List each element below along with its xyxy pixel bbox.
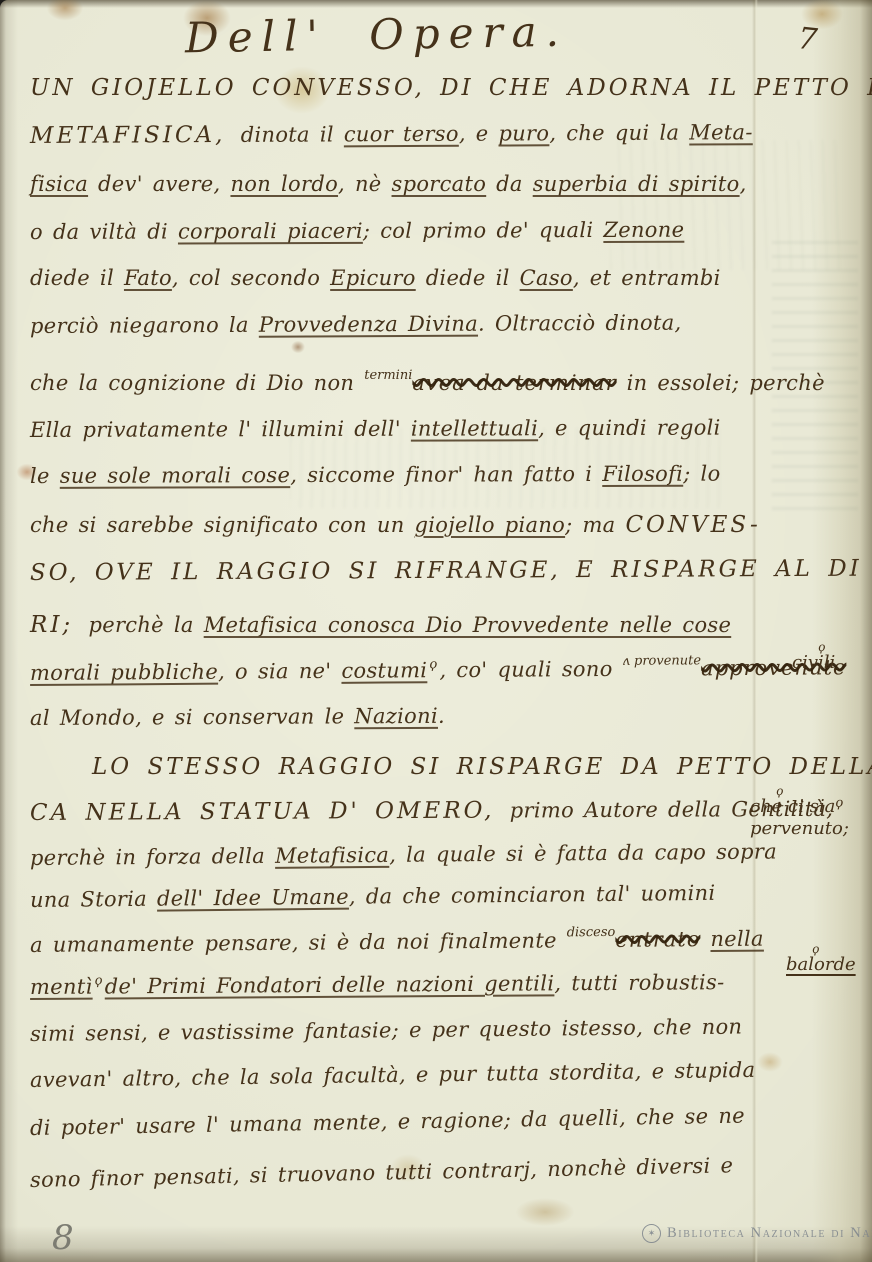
text-segment: simi sensi, e vastissime fantasie; e per… [30, 1015, 743, 1046]
text-segment: avevan' altro, che la sola facultà, e pu… [30, 1058, 756, 1092]
manuscript-line: RI; perchè la Metafisica conosca Dio Pro… [30, 612, 778, 638]
text-segment: puro [498, 121, 549, 145]
manuscript-line: di poter' usare l' umana mente, e ragion… [30, 1103, 778, 1140]
text-segment: a umanamente pensare, si è da noi finalm… [30, 928, 567, 957]
text-segment: costumi [341, 658, 427, 683]
manuscript-page: Dell' Opera. UN GIOJELLO CONVESSO, DI CH… [0, 0, 872, 1262]
manuscript-line: le sue sole morali cose, siccome finor' … [30, 461, 778, 488]
text-segment: CA NELLA STATUA D' OMERO, [30, 797, 510, 826]
text-segment: UN GIOJELLO CONVESSO, DI CHE ADORNA IL P… [30, 75, 872, 101]
text-segment: , co' quali sono [439, 657, 622, 682]
text-segment: cuor terso [344, 122, 459, 147]
margin-note-pervenuto: ϙ che ci sia pervenuto; [750, 786, 849, 840]
library-watermark: ✶ Biblioteca Nazionale di Napoli [642, 1224, 872, 1243]
text-segment: . Oltracciò dinota, [478, 311, 682, 336]
pencil-page-number: 8 [52, 1218, 74, 1258]
text-segment: , siccome finor' han fatto i [290, 462, 602, 487]
text-segment: perchè la [88, 613, 203, 637]
text-segment: Provvedenza Divina [259, 312, 478, 337]
text-segment: sporcato [392, 172, 487, 196]
text-segment: una Storia [30, 887, 157, 912]
text-segment: ; ma [565, 513, 625, 537]
insertion-mark-icon: ϙ [776, 786, 849, 796]
margin-note-text: che ci sia [750, 796, 835, 817]
ink-bleed-through [772, 230, 858, 510]
insertion-mark-icon: ϙ [818, 642, 835, 652]
text-segment: Ella privatamente l' illumini dell' [30, 417, 411, 442]
text-segment: . [438, 704, 445, 728]
manuscript-line: al Mondo, e si conservan le Nazioni. [30, 702, 778, 730]
insertion-mark-icon: ϙ [812, 944, 856, 954]
manuscript-line: diede il Fato, col secondo Epicuro diede… [30, 266, 778, 290]
text-segment: , da che cominciaron tal' uomini [349, 881, 716, 909]
ink-bleed-through [610, 140, 840, 270]
text-segment: giojello piano [415, 513, 566, 537]
text-segment: che la cognizione di Dio non [30, 371, 364, 395]
text-segment: Fato [124, 266, 172, 290]
text-segment: diede il [30, 266, 124, 290]
text-segment: che si sarebbe significato con un [30, 513, 415, 537]
text-segment: termini [364, 368, 412, 383]
text-segment: o da viltà di [30, 219, 178, 244]
text-segment: LO STESSO RAGGIO SI RISPARGE DA PETTO DE… [92, 754, 872, 780]
text-segment: avea da terminar [412, 371, 616, 395]
insertion-mark-icon: ϙ [94, 973, 102, 988]
text-segment: perciò niegarono la [30, 313, 259, 338]
library-watermark-text: Biblioteca Nazionale di Napoli [667, 1225, 872, 1242]
text-segment: , o sia ne' [218, 659, 342, 684]
manuscript-line: LO STESSO RAGGIO SI RISPARGE DA PETTO DE… [30, 754, 840, 780]
manuscript-line: che si sarebbe significato con un giojel… [30, 512, 778, 538]
text-segment: disceso [567, 925, 616, 940]
manuscript-line: SO, OVE IL RAGGIO SI RIFRANGE, E RISPARG… [30, 556, 778, 586]
text-segment: sono finor pensati, si truovano tutti co… [30, 1153, 734, 1192]
margin-note-balorde: ϙ balorde [786, 944, 856, 976]
manuscript-line: fisica dev' avere, non lordo, nè sporcat… [30, 172, 778, 196]
text-segment: da [486, 172, 533, 196]
text-segment: mentì [30, 975, 93, 999]
text-segment: intellettuali [411, 416, 538, 440]
text-segment: SO, OVE IL RAGGIO SI RIFRANGE, E RISPARG… [30, 555, 872, 586]
text-segment: , et entrambi [573, 266, 721, 290]
manuscript-line: o da viltà di corporali piaceri; col pri… [30, 217, 778, 244]
text-segment: in essolei; perchè [617, 371, 825, 395]
insertion-mark-icon: ϙ [429, 657, 437, 672]
manuscript-line: una Storia dell' Idee Umane, da che comi… [30, 880, 778, 912]
text-segment: , e quindi regoli [538, 416, 721, 441]
text-segment: METAFISICA, [30, 122, 241, 149]
text-segment: dev' avere, [88, 172, 230, 196]
text-segment: fisica [30, 172, 88, 196]
manuscript-line: mentìϙde' Primi Fondatori delle nazioni … [30, 969, 778, 999]
margin-note-civili: ϙ civili [792, 642, 835, 674]
text-segment: superbia di spirito [533, 172, 740, 196]
text-segment: morali pubbliche [30, 660, 218, 685]
text-segment: entrato [615, 927, 700, 952]
text-segment: perchè in forza della [30, 844, 275, 870]
text-segment: Filosofi [602, 462, 683, 486]
manuscript-line: CA NELLA STATUA D' OMERO, primo Autore d… [30, 796, 778, 826]
margin-note-text: pervenuto; [750, 818, 849, 839]
margin-note-text: balorde [786, 954, 856, 975]
text-segment: , che qui la [549, 121, 689, 146]
manuscript-line: UN GIOJELLO CONVESSO, DI CHE ADORNA IL P… [30, 75, 778, 101]
manuscript-line: simi sensi, e vastissime fantasie; e per… [30, 1014, 778, 1046]
text-segment: le [30, 464, 60, 488]
text-segment: Metafisica [275, 843, 389, 868]
text-segment: , tutti robustis- [554, 970, 724, 995]
text-segment: Caso [520, 266, 573, 290]
library-seal-icon: ✶ [642, 1224, 661, 1243]
text-segment: RI; [30, 612, 88, 638]
manuscript-line: sono finor pensati, si truovano tutti co… [30, 1152, 778, 1192]
text-segment: , nè [338, 172, 391, 196]
page-title: Dell' Opera. [185, 7, 569, 63]
manuscript-line: METAFISICA, dinota il cuor terso, e puro… [30, 119, 778, 149]
manuscript-line: avevan' altro, che la sola facultà, e pu… [30, 1058, 778, 1092]
text-segment: de' Primi Fondatori delle nazioni gentil… [105, 971, 555, 998]
text-segment: ; col primo de' quali [363, 218, 604, 243]
text-segment: , col secondo [172, 266, 330, 290]
text-segment: diede il [416, 266, 520, 290]
margin-note-text: civili [792, 652, 835, 673]
manuscript-line: Ella privatamente l' illumini dell' inte… [30, 415, 778, 442]
manuscript-line: morali pubbliche, o sia ne' costumiϙ, co… [30, 653, 778, 685]
text-segment: sue sole morali cose [60, 463, 291, 488]
text-segment: dinota il [241, 122, 344, 147]
folio-number: 7 [796, 21, 819, 58]
manuscript-line: perchè in forza della Metafisica, la qua… [30, 839, 778, 870]
text-segment: Nazioni [354, 704, 438, 728]
text-segment: Zenone [603, 218, 684, 242]
text-segment: corporali piaceri [178, 219, 363, 244]
text-segment: , la quale si è fatta da capo sopra [389, 839, 777, 866]
manuscript-line: che la cognizione di Dio non terminiavea… [30, 368, 778, 395]
text-segment: Metafisica conosca Dio Provvedente nelle… [204, 613, 732, 637]
text-segment: CONVES- [625, 512, 760, 538]
text-segment: , [740, 172, 747, 196]
text-segment: nella [710, 927, 764, 951]
text-segment: al Mondo, e si conservan le [30, 704, 354, 730]
text-segment: non lordo [230, 172, 338, 196]
text-segment: dell' Idee Umane [157, 885, 349, 911]
text-segment: ʌ provenute [622, 653, 701, 669]
manuscript-line: a umanamente pensare, si è da noi finalm… [30, 923, 778, 957]
text-segment: Epicuro [330, 266, 416, 290]
text-segment: , e [459, 122, 499, 146]
text-segment: di poter' usare l' umana mente, e ragion… [30, 1104, 745, 1140]
text-segment: Meta- [689, 120, 753, 144]
text-segment: ; lo [683, 462, 720, 486]
manuscript-line: perciò niegarono la Provvedenza Divina. … [30, 310, 778, 338]
